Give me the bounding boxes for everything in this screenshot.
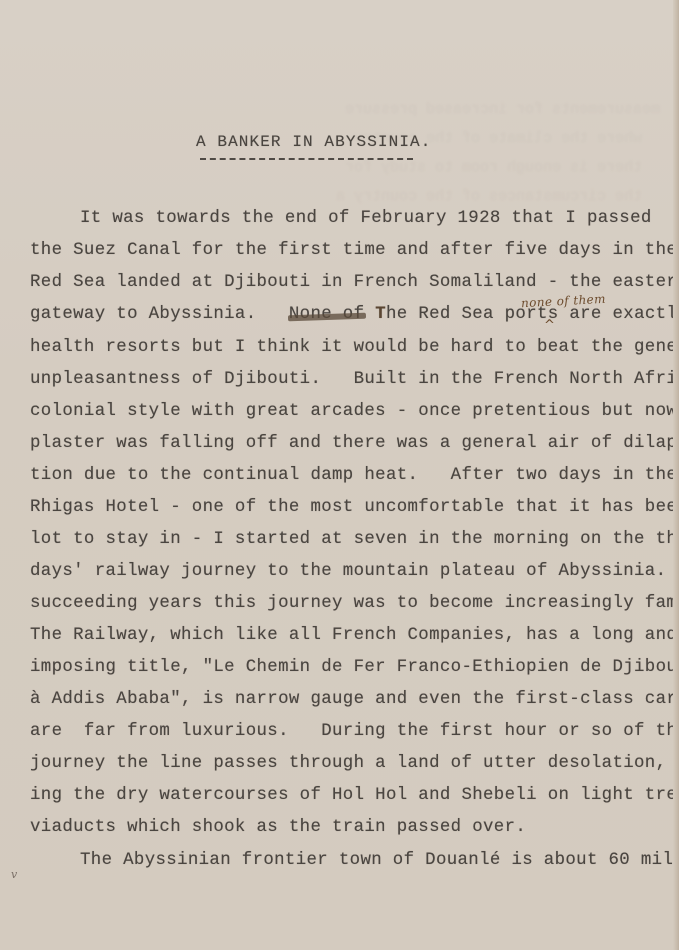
text-line-1: It was towards the end of February 1928 … <box>80 209 652 228</box>
document-title: A BANKER IN ABYSSINIA. <box>196 133 431 151</box>
text-line-3: Red Sea landed at Djibouti in French Som… <box>30 273 679 292</box>
text-line-6: unpleasantness of Djibouti. Built in the… <box>30 370 679 389</box>
text-line-13: succeeding years this journey was to bec… <box>30 594 679 613</box>
text-line-17: are far from luxurious. During the first… <box>30 722 679 741</box>
paper-edge <box>673 0 679 950</box>
text-line-21: The Abyssinian frontier town of Douanlé … <box>80 851 679 870</box>
text-line-19: ing the dry watercourses of Hol Hol and … <box>30 786 679 805</box>
show-through-text: measurements for increased pressure wher… <box>300 95 660 211</box>
title-underline <box>200 158 413 160</box>
text-line-4-middle: he Red Sea ports are <box>386 305 602 324</box>
struck-out-words: None of <box>289 305 365 324</box>
text-line-18: journey the line passes through a land o… <box>30 754 679 773</box>
text-line-10: Rhigas Hotel - one of the most uncomfort… <box>30 498 679 517</box>
typewritten-page: measurements for increased pressure wher… <box>0 0 679 950</box>
insertion-caret: ^ <box>544 318 555 333</box>
text-line-4: gateway to Abyssinia. None of The Red Se… <box>30 305 679 324</box>
text-line-11: lot to stay in - I started at seven in t… <box>30 530 679 549</box>
text-line-14: The Railway, which like all French Compa… <box>30 626 677 645</box>
text-line-8: plaster was falling off and there was a … <box>30 434 679 453</box>
margin-tick-mark: v <box>11 868 17 881</box>
text-line-9: tion due to the continual damp heat. Aft… <box>30 466 677 485</box>
text-line-15: imposing title, "Le Chemin de Fer Franco… <box>30 658 679 677</box>
text-line-4-end: exactly <box>613 305 679 324</box>
text-line-2: the Suez Canal for the first time and af… <box>30 241 677 260</box>
text-line-16: à Addis Ababa", is narrow gauge and even… <box>30 690 679 709</box>
text-line-12: days' railway journey to the mountain pl… <box>30 562 679 581</box>
overtyped-letter: T <box>375 305 386 324</box>
text-line-4-start: gateway to Abyssinia. <box>30 305 257 324</box>
text-line-20: viaducts which shook as the train passed… <box>30 818 526 837</box>
text-line-5: health resorts but I think it would be h… <box>30 338 679 357</box>
text-line-7: colonial style with great arcades - once… <box>30 402 679 421</box>
